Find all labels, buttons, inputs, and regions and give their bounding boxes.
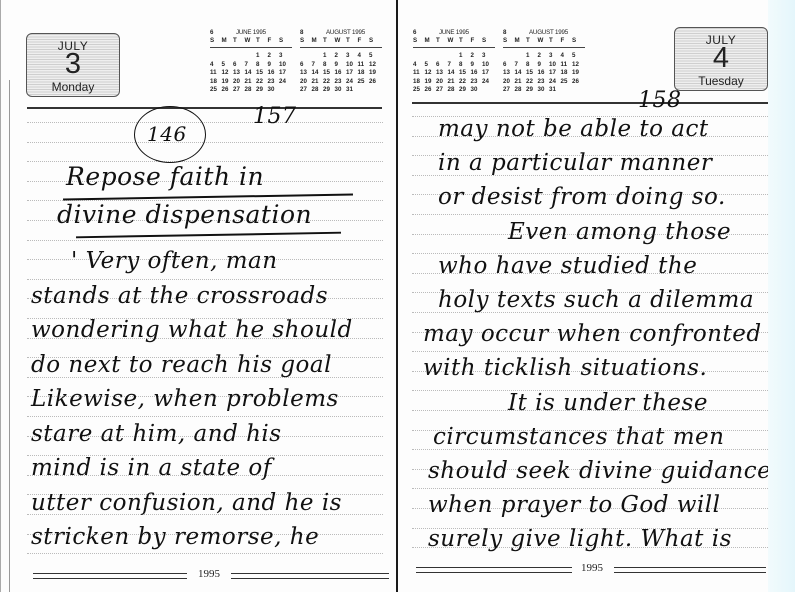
footer-rule (33, 573, 187, 579)
entry-title-line-1: Repose faith in (66, 162, 264, 191)
page-marker: 157 (253, 104, 297, 129)
handwritten-line: stands at the crossroads (31, 283, 328, 309)
handwritten-line: mind is in a state of (31, 455, 272, 481)
handwritten-line: circumstances that men (433, 424, 724, 450)
right-page: 6JUNE 1995SMTWTFS12345678910111213141516… (398, 0, 768, 592)
diary-spread: JULY 3 Monday 6JUNE 1995SMTWTFS123456789… (0, 0, 795, 592)
ruled-line (27, 279, 383, 280)
handwritten-line: with ticklish situations. (423, 355, 707, 381)
footer-rule (416, 567, 572, 573)
handwritten-line: ' Very often, man (71, 248, 278, 274)
left-page: JULY 3 Monday 6JUNE 1995SMTWTFS123456789… (0, 0, 397, 592)
handwritten-line: in a particular manner (438, 150, 712, 176)
ruled-line (412, 214, 768, 215)
ruled-line (27, 553, 383, 554)
handwritten-line: surely give light. What is (428, 526, 732, 552)
ruled-line (27, 122, 383, 123)
footer-year-bar: 1995 (33, 571, 391, 581)
handwritten-line: It is under these (508, 390, 708, 416)
handwritten-line: or desist from doing so. (438, 184, 726, 210)
ruled-line (412, 351, 768, 352)
footer-rule (614, 567, 766, 573)
footer-year: 1995 (198, 568, 220, 580)
handwritten-line: should seek divine guidance, (428, 458, 779, 484)
handwritten-line: holy texts such a dilemma (438, 287, 754, 313)
handwritten-line: who have studied the (438, 253, 697, 279)
handwritten-line: utter confusion, and he is (31, 490, 342, 516)
ruled-line (27, 240, 383, 241)
entry-title-line-2: divine dispensation (57, 200, 312, 229)
handwritten-line: stricken by remorse, he (31, 524, 319, 550)
page-marker: 158 (638, 88, 682, 113)
handwritten-line: Likewise, when problems (31, 386, 339, 412)
ruled-line (412, 488, 768, 489)
circled-page-number: 146 (147, 122, 187, 146)
footer-rule (231, 573, 389, 579)
handwritten-line: wondering what he should (31, 317, 353, 343)
handwritten-line: may occur when confronted (423, 321, 762, 347)
handwritten-line: when prayer to God will (428, 492, 721, 518)
footer-year-bar: 1995 (416, 565, 774, 575)
handwritten-line: Even among those (508, 219, 731, 245)
ruled-line (27, 416, 383, 417)
page-edge-rule (9, 80, 10, 592)
handwritten-line: stare at him, and his (31, 421, 282, 447)
ruled-line (27, 142, 383, 143)
scan-edge (768, 0, 795, 592)
handwritten-line: do next to reach his goal (31, 352, 332, 378)
handwritten-line: may not be able to act (438, 116, 709, 142)
footer-year: 1995 (581, 562, 603, 574)
